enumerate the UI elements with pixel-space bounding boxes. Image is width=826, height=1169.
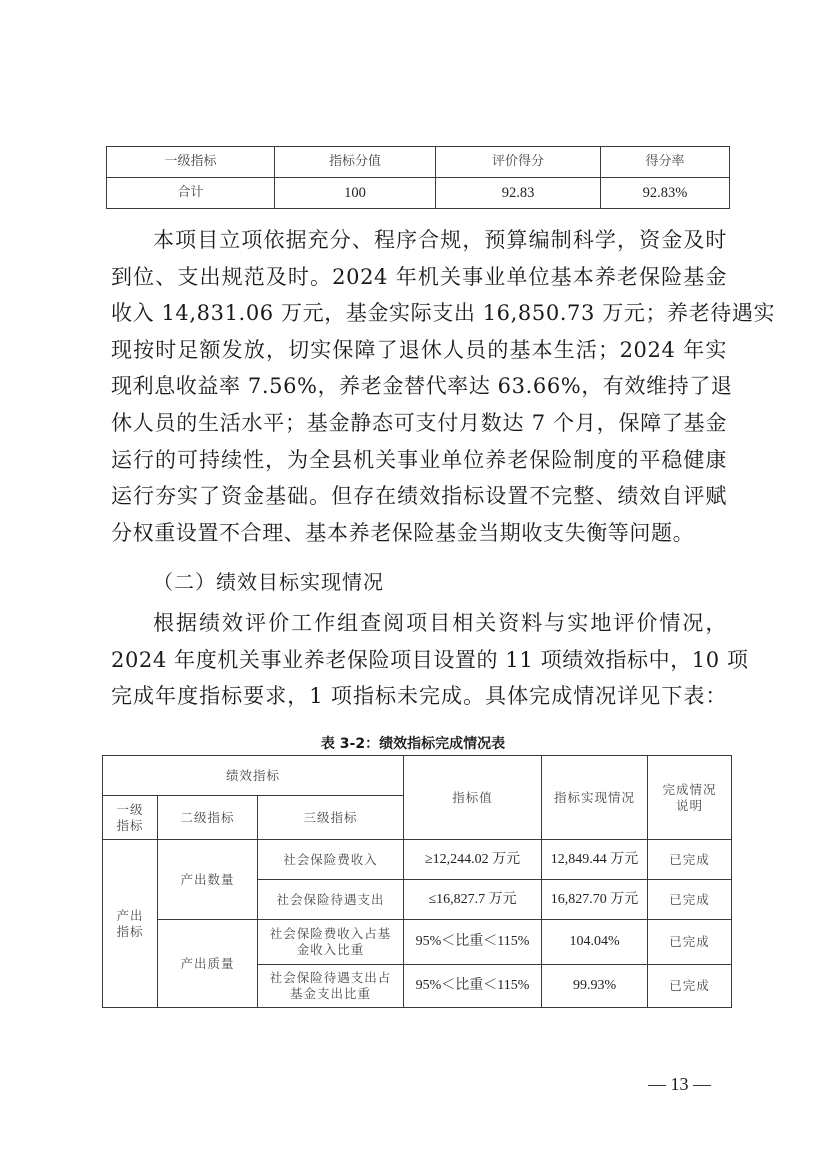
summary-paragraph: 本项目立项依据充分、程序合规，预算编制科学，资金及时 到位、支出规范及时。202… xyxy=(111,222,727,551)
target-value: 95%＜比重＜115% xyxy=(404,920,542,965)
level2-output-quality: 产出质量 xyxy=(158,920,258,1008)
level1-output-indicator: 产出指标 xyxy=(103,840,158,1008)
header-actual-result: 指标实现情况 xyxy=(542,756,648,840)
total-indicator-score: 100 xyxy=(275,178,436,209)
target-value: ≥12,244.02 万元 xyxy=(404,840,542,880)
level2-output-quantity: 产出数量 xyxy=(158,840,258,920)
summary-header-row: 一级指标 指标分值 评价得分 得分率 xyxy=(107,147,730,178)
paragraph-line: 收入 14,831.06 万元，基金实际支出 16,850.73 万元；养老待遇… xyxy=(111,295,727,332)
header-indicator-score: 指标分值 xyxy=(275,147,436,178)
paragraph-line: 到位、支出规范及时。2024 年机关事业单位基本养老保险基金 xyxy=(111,259,727,296)
group-header-performance-indicators: 绩效指标 xyxy=(103,756,404,796)
header-level2: 二级指标 xyxy=(158,796,258,840)
level3-indicator: 社会保险待遇支出占基金支出比重 xyxy=(258,965,404,1008)
paragraph-line: 现利息收益率 7.56%，养老金替代率达 63.66%，有效维持了退 xyxy=(111,368,727,405)
level3-indicator: 社会保险费收入占基金收入比重 xyxy=(258,920,404,965)
section-heading: （二）绩效目标实现情况 xyxy=(153,566,384,595)
target-value: ≤16,827.7 万元 xyxy=(404,880,542,920)
table-row: 产出指标 产出数量 社会保险费收入 ≥12,244.02 万元 12,849.4… xyxy=(103,840,732,880)
level3-indicator: 社会保险待遇支出 xyxy=(258,880,404,920)
page-number: — 13 — xyxy=(648,1074,711,1095)
actual-value: 12,849.44 万元 xyxy=(542,840,648,880)
header-level1-indicator: 一级指标 xyxy=(107,147,275,178)
status-value: 已完成 xyxy=(648,840,732,880)
actual-value: 104.04% xyxy=(542,920,648,965)
table-caption: 表 3-2：绩效指标完成情况表 xyxy=(0,733,826,753)
paragraph-line: 2024 年度机关事业养老保险项目设置的 11 项绩效指标中，10 项 xyxy=(111,642,727,679)
paragraph-line: 根据绩效评价工作组查阅项目相关资料与实地评价情况， xyxy=(111,605,727,642)
paragraph-line: 本项目立项依据充分、程序合规，预算编制科学，资金及时 xyxy=(111,222,727,259)
total-score-rate: 92.83% xyxy=(601,178,730,209)
paragraph-line: 分权重设置不合理、基本养老保险基金当期收支失衡等问题。 xyxy=(111,515,727,552)
header-status-note: 完成情况说明 xyxy=(648,756,732,840)
summary-total-row: 合计 100 92.83 92.83% xyxy=(107,178,730,209)
total-evaluation-score: 92.83 xyxy=(436,178,601,209)
performance-indicator-table: 绩效指标 指标值 指标实现情况 完成情况说明 一级指标 二级指标 三级指标 产出… xyxy=(102,755,732,1008)
header-score-rate: 得分率 xyxy=(601,147,730,178)
paragraph-line: 运行夯实了资金基础。但存在绩效指标设置不完整、绩效自评赋 xyxy=(111,478,727,515)
header-level1: 一级指标 xyxy=(103,796,158,840)
total-label: 合计 xyxy=(107,178,275,209)
target-value: 95%＜比重＜115% xyxy=(404,965,542,1008)
level3-indicator: 社会保险费收入 xyxy=(258,840,404,880)
actual-value: 16,827.70 万元 xyxy=(542,880,648,920)
header-target-value: 指标值 xyxy=(404,756,542,840)
paragraph-line: 运行的可持续性，为全县机关事业单位养老保险制度的平稳健康 xyxy=(111,442,727,479)
table-header-row: 绩效指标 指标值 指标实现情况 完成情况说明 xyxy=(103,756,732,796)
paragraph-line: 休人员的生活水平；基金静态可支付月数达 7 个月，保障了基金 xyxy=(111,405,727,442)
status-value: 已完成 xyxy=(648,920,732,965)
status-value: 已完成 xyxy=(648,965,732,1008)
header-evaluation-score: 评价得分 xyxy=(436,147,601,178)
paragraph-line: 完成年度指标要求，1 项指标未完成。具体完成情况详见下表： xyxy=(111,678,727,715)
status-value: 已完成 xyxy=(648,880,732,920)
performance-paragraph: 根据绩效评价工作组查阅项目相关资料与实地评价情况， 2024 年度机关事业养老保… xyxy=(111,605,727,715)
paragraph-line: 现按时足额发放，切实保障了退休人员的基本生活；2024 年实 xyxy=(111,332,727,369)
table-row: 产出质量 社会保险费收入占基金收入比重 95%＜比重＜115% 104.04% … xyxy=(103,920,732,965)
actual-value: 99.93% xyxy=(542,965,648,1008)
header-level3: 三级指标 xyxy=(258,796,404,840)
summary-score-table: 一级指标 指标分值 评价得分 得分率 合计 100 92.83 92.83% xyxy=(106,146,730,209)
